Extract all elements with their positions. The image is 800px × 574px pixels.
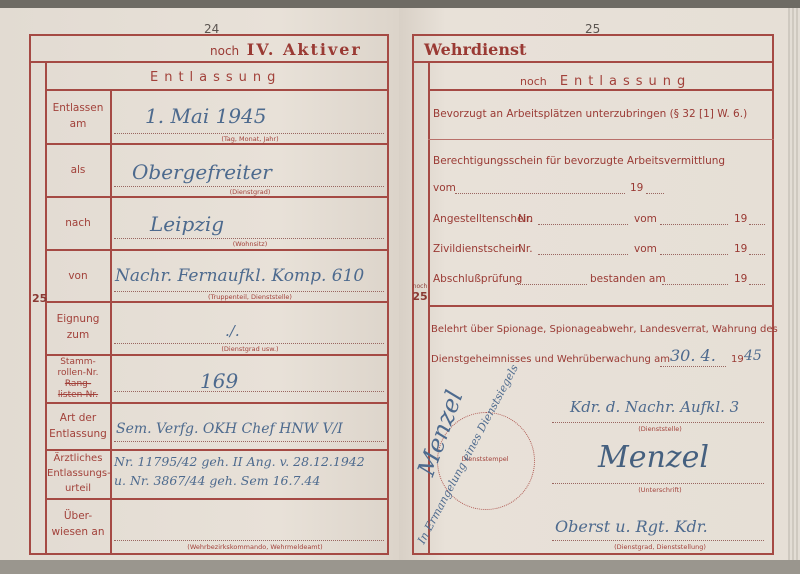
label-vom: vom [634,243,657,255]
label-line: am [47,116,109,132]
label-zivildienstschein: Zivildienstschein [433,243,521,255]
label-entlassen-am: Entlassen am [47,100,109,132]
label-abschlusspruefung: Abschlußprüfung [433,273,522,285]
value-briefing-date: 30. 4. [670,346,716,365]
margin-label-right: noch 25 [412,283,428,303]
divider [428,89,774,91]
value-roll-number: 169 [200,369,238,393]
fill-line [114,291,384,292]
year-prefix: 19 [734,273,747,285]
section-title: Entlassung [560,74,691,89]
label-line: Entlassung [47,426,109,442]
value-suitability: ./. [225,322,240,340]
label-bestanden-am: bestanden am [590,273,666,285]
label-medical-report: Ärztliches Entlassungs- urteil [47,451,109,496]
year-prefix: 19 [630,182,643,194]
label-vom: vom [433,182,456,194]
divider [45,143,389,145]
field-zivildienst-year[interactable] [749,254,765,255]
field-abschluss-date[interactable] [662,284,728,285]
right-header-title: Wehrdienst [424,40,526,59]
label-line: Eignung [47,311,109,327]
label-line: Über- [47,508,109,524]
divider [412,61,774,63]
label-line: Entlassen [47,100,109,116]
label-column-line [110,89,112,555]
field-angestellten-date[interactable] [660,224,728,225]
field-abschluss-detail[interactable] [515,284,587,285]
section-prefix: noch [520,75,547,88]
field-vom-date[interactable] [455,193,625,194]
value-signature: Menzel [598,440,709,475]
label-nach: nach [47,215,109,231]
label-ueberwiesen-an: Über- wiesen an [47,508,109,540]
hint-date: (Tag, Monat, Jahr) [190,135,310,143]
label-line: zum [47,327,109,343]
fill-line [114,343,384,344]
hint-office: (Dienststelle) [620,425,700,433]
fill-line [552,540,764,541]
label-nr: Nr. [518,213,533,225]
hint-suitability: (Dienstgrad usw.) [190,345,310,353]
label-stammrollen-nr: Stamm- rollen-Nr. Rang- listen-Nr. [47,357,109,401]
fill-line [114,238,384,239]
label-nr: Nr. [518,243,533,255]
divider [428,139,774,140]
value-unit: Nachr. Fernaufkl. Komp. 610 [115,266,364,286]
label-line: Art der [47,410,109,426]
divider [45,402,389,404]
margin-number-right: 25 [412,290,428,303]
field-angestellten-year[interactable] [749,224,765,225]
year-prefix: 19 [734,213,747,225]
hint-rank-position: (Dienstgrad, Dienststellung) [605,543,715,551]
value-discharge-type: Sem. Verfg. OKH Chef HNW V/I [116,421,343,437]
book-page-edges [788,8,800,568]
value-rank-position: Oberst u. Rgt. Kdr. [555,517,708,536]
value-medical-report-line1: Nr. 11795/42 geh. II Ang. v. 28.12.1942 [114,454,365,469]
value-discharge-date: 1. Mai 1945 [145,104,267,128]
fill-line [552,422,764,423]
divider [29,61,389,63]
label-eignung-zum: Eignung zum [47,311,109,343]
label-art-der-entlassung: Art der Entlassung [47,410,109,442]
divider [45,354,389,356]
value-briefing-year: 45 [744,348,762,364]
fill-line [114,133,384,134]
fill-line [114,186,384,187]
year-prefix: 19 [734,243,747,255]
briefing-line1: Belehrt über Spionage, Spionageabwehr, L… [431,324,778,335]
left-header: noch IV. Aktiver [210,40,362,59]
value-office: Kdr. d. Nachr. Aufkl. 3 [570,398,739,416]
certificate-heading: Berechtigungsschein für bevorzugte Arbei… [433,155,725,167]
label-line: wiesen an [47,524,109,540]
header-title: IV. Aktiver [247,40,362,59]
label-line: listen-Nr. [47,390,109,401]
hint-signature: (Unterschrift) [620,486,700,494]
divider [45,196,389,198]
hint-transferred: (Wehrbezirkskommando, Wehrmeldeamt) [170,543,340,551]
divider [45,301,389,303]
header-prefix: noch [210,44,239,58]
fill-line [660,366,726,367]
briefing-year-prefix: 19 [731,354,744,365]
briefing-line2: Dienstgeheimnisses und Wehrüberwachung a… [431,354,670,365]
section-title-noch-entlassung: noch Entlassung [520,70,691,89]
hint-residence: (Wohnsitz) [190,240,310,248]
label-vom: vom [634,213,657,225]
label-line: Entlassungs- [47,466,109,481]
fill-line [114,391,384,392]
margin-column-line [428,61,430,555]
label-line: rollen-Nr. [47,368,109,379]
label-line: Stamm- [47,357,109,368]
fill-line [114,540,384,541]
divider [45,89,389,91]
value-medical-report-line2: u. Nr. 3867/44 geh. Sem 16.7.44 [114,473,320,488]
section-title-entlassung: Entlassung [150,70,281,85]
value-rank: Obergefreiter [132,160,272,184]
hint-rank: (Dienstgrad) [190,188,310,196]
label-line: Rang- [47,379,109,390]
preferred-placement-text: Bevorzugt an Arbeitsplätzen unterzubring… [433,108,747,120]
field-angestellten-nr[interactable] [538,224,628,225]
margin-number-left: 25 [32,292,47,305]
fill-line [552,483,764,484]
label-line: urteil [47,481,109,496]
label-line: Ärztliches [47,451,109,466]
field-zivildienst-date[interactable] [660,254,728,255]
divider [45,498,389,500]
divider [428,305,774,307]
margin-prefix: noch [412,283,428,290]
fill-line [114,441,384,442]
label-von: von [47,268,109,284]
value-residence: Leipzig [150,212,224,236]
field-zivildienst-nr[interactable] [538,254,628,255]
book-bottom-edge [0,560,800,574]
divider [45,249,389,251]
field-vom-year[interactable] [646,193,664,194]
hint-unit: (Truppenteil, Dienststelle) [180,293,320,301]
label-als: als [47,162,109,178]
field-abschluss-year[interactable] [749,284,765,285]
